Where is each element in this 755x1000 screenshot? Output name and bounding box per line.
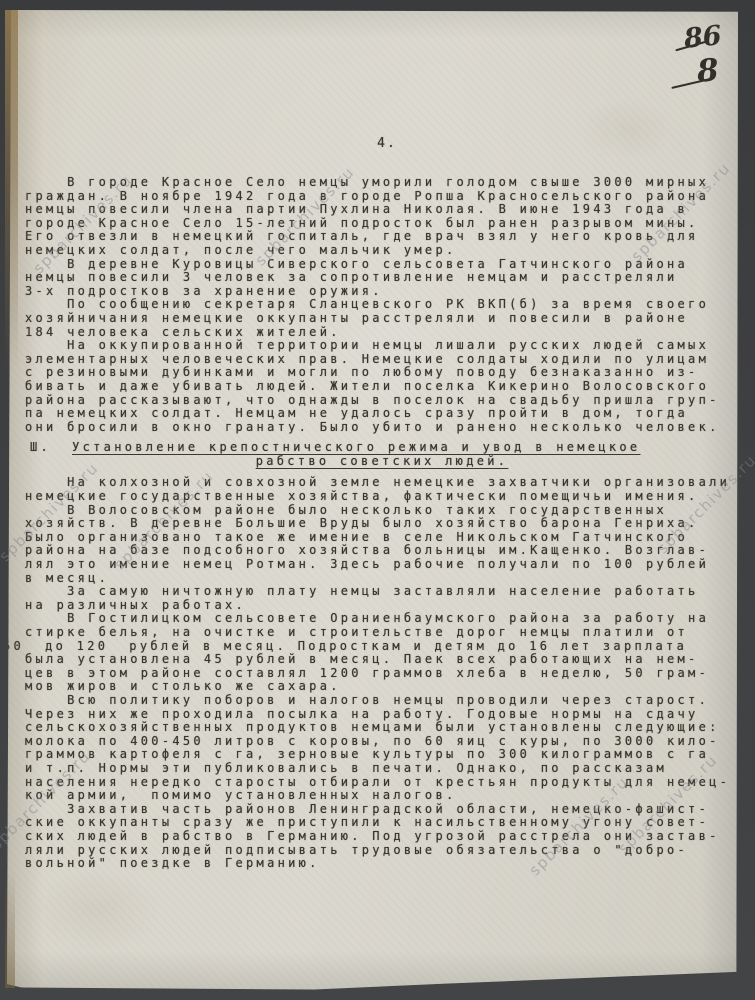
text-line: лял это имение немец Ротман. Здесь рабоч… bbox=[25, 558, 739, 572]
section-number: Ш. bbox=[30, 440, 72, 454]
text-line: ские оккупанты сразу же приступили к нас… bbox=[25, 816, 739, 830]
text-line: немцы повесили члена партии Пухлина Нико… bbox=[25, 203, 739, 217]
text-line: цев в этом районе составлял 1200 граммов… bbox=[25, 667, 739, 681]
text-line: хозяйничания немецкие оккупанты расстрел… bbox=[25, 312, 739, 326]
text-line: За самую ничтожную плату немцы заставлял… bbox=[25, 585, 739, 599]
text-line: В Гостилицком сельсовете Ораниенбаумског… bbox=[25, 612, 739, 626]
text-line: немецкие государственные хозяйства, факт… bbox=[25, 490, 739, 504]
text-line: мов жиров и столько же сахара. bbox=[25, 680, 739, 694]
paragraph: Всю политику поборов и налогов немцы про… bbox=[25, 694, 739, 803]
page-number: 4. bbox=[37, 136, 737, 151]
paragraph: В Волосовском районе было несколько таки… bbox=[25, 504, 739, 586]
section-heading-line2: рабство советских людей. bbox=[25, 455, 739, 469]
paragraph: По сообщению секретаря Сланцевского РК В… bbox=[25, 298, 739, 339]
text-line: и т.п. Нормы эти публиковались в печати.… bbox=[25, 762, 739, 776]
text-line: В городе Красное Село немцы уморили голо… bbox=[25, 176, 739, 190]
text-line: они бросили в окно гранату. Было убито и… bbox=[25, 421, 739, 435]
text-line: с резиновыми дубинками и могли по любому… bbox=[25, 366, 739, 380]
document-body: В городе Красное Село немцы уморили голо… bbox=[25, 176, 739, 871]
text-line: хозяйств. В деревне Большие Вруды было х… bbox=[25, 517, 739, 531]
scan-background: 4. В городе Красное Село немцы уморили г… bbox=[0, 0, 755, 1000]
text-line: района на базе подсобного хозяйства боль… bbox=[25, 544, 739, 558]
text-line: Всю политику поборов и налогов немцы про… bbox=[25, 694, 739, 708]
paragraph: На оккупированной территории немцы лишал… bbox=[25, 339, 739, 434]
paragraph: В деревне Куровицы Сиверского сельсовета… bbox=[25, 258, 739, 299]
text-line: немецких солдат, после чего мальчик умер… bbox=[25, 244, 739, 258]
text-line: сельскохозяйственных продуктов немцами б… bbox=[25, 721, 739, 735]
text-line: Захватив часть районов Ленинградской обл… bbox=[25, 803, 739, 817]
paragraph: На колхозной и совхозной земле немецкие … bbox=[25, 476, 739, 503]
paragraph: За самую ничтожную плату немцы заставлял… bbox=[25, 585, 739, 612]
text-line: граждан. В ноябре 1942 года в городе Роп… bbox=[25, 190, 739, 204]
text-line: граммов картофеля с га, зерновые культур… bbox=[25, 748, 739, 762]
text-line: вольной" поездке в Германию. bbox=[25, 857, 739, 871]
text-line: кой армии, помимо установленных налогов. bbox=[25, 789, 739, 803]
text-line: ских людей в рабство в Германию. Под угр… bbox=[25, 830, 739, 844]
text-line: На оккупированной территории немцы лишал… bbox=[25, 339, 739, 353]
paragraph: В Гостилицком сельсовете Ораниенбаумског… bbox=[25, 612, 739, 694]
section-heading-line1: Ш. Установление крепостнического режима … bbox=[30, 441, 739, 455]
text-line: Его отвезли в немецкий госпиталь, где вр… bbox=[25, 230, 739, 244]
text-line: В деревне Куровицы Сиверского сельсовета… bbox=[25, 258, 739, 272]
text-line: была установлена 45 рублей в месяц. Паек… bbox=[25, 653, 739, 667]
text-line: па немецких солдат. Немцам не удалось ср… bbox=[25, 407, 739, 421]
paragraph: Захватив часть районов Ленинградской обл… bbox=[25, 803, 739, 871]
text-line: По сообщению секретаря Сланцевского РК В… bbox=[25, 298, 739, 312]
section-heading: Ш. Установление крепостнического режима … bbox=[25, 441, 739, 468]
text-line: молока по 400-450 литров с коровы, по 60… bbox=[25, 735, 739, 749]
paragraph: В городе Красное Село немцы уморили голо… bbox=[25, 176, 739, 258]
text-line: стирке белья, на очистке и строительстве… bbox=[25, 626, 739, 640]
document-page: 4. В городе Красное Село немцы уморили г… bbox=[7, 10, 738, 990]
text-line: бивать и даже убивать людей. Жители посе… bbox=[25, 380, 739, 394]
text-line: немцы повесили 3 человек за сопротивлени… bbox=[25, 271, 739, 285]
